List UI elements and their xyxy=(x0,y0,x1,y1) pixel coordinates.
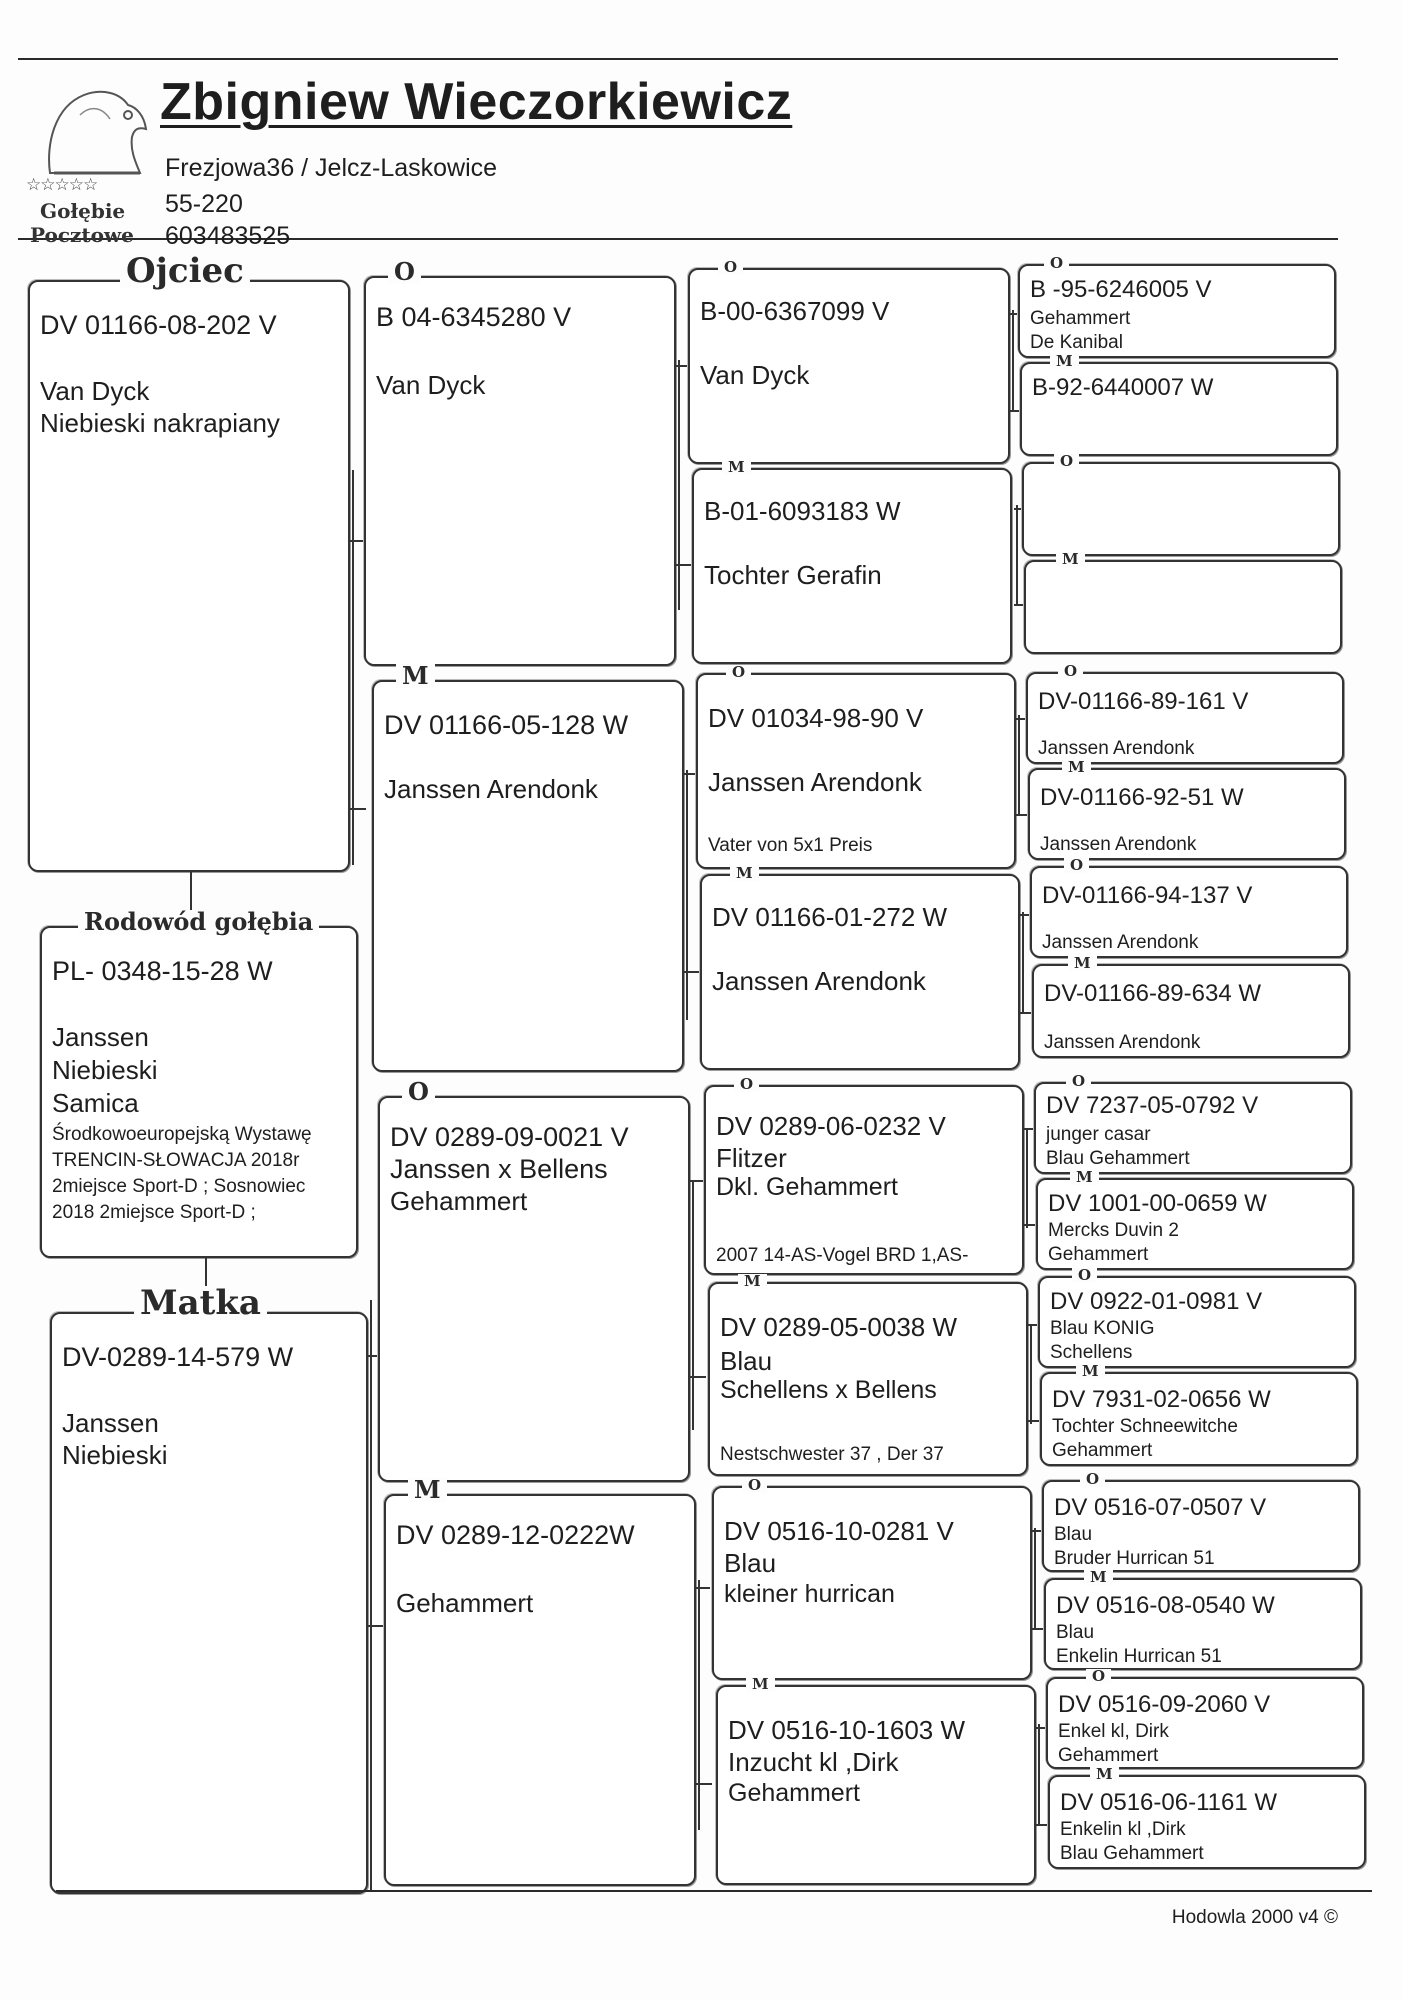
gen4-sex-label: M xyxy=(1070,1170,1099,1185)
gen3-card[interactable]: M B-01-6093183 W Tochter Gerafin xyxy=(692,468,1012,664)
gen3-card[interactable]: O DV 0516-10-0281 V Blau kleiner hurrica… xyxy=(712,1486,1032,1680)
gen4-ring-number: B-92-6440007 W xyxy=(1032,374,1213,402)
gen4-line2: Janssen Arendonk xyxy=(1038,738,1194,760)
gen3-branch-line xyxy=(1038,1724,1040,1824)
gen2-card-paternal-grandsire[interactable]: O B 04-6345280 V Van Dyck xyxy=(364,276,676,666)
gen4-card-empty[interactable]: M xyxy=(1024,560,1342,654)
gen2-sex-label: O xyxy=(388,260,421,284)
gen3-ring-number: B-01-6093183 W xyxy=(704,496,901,527)
subject-sex: Samica xyxy=(52,1088,139,1119)
owner-address: Frezjowa36 / Jelcz-Laskowice xyxy=(165,154,497,183)
gen3-line3: Vater von 5x1 Preis xyxy=(708,835,872,857)
gen2-line1: Gehammert xyxy=(396,1588,533,1619)
gen4-sex-label: O xyxy=(1072,1268,1097,1283)
gen3-line1: Van Dyck xyxy=(700,360,809,391)
gen4-sex-label: M xyxy=(1084,1570,1113,1585)
gen4-sex-label: M xyxy=(1050,354,1079,369)
father-breed: Van Dyck xyxy=(40,376,149,407)
gen3-line2: Gehammert xyxy=(728,1779,860,1808)
gen3-card[interactable]: M DV 0516-10-1603 W Inzucht kl ,Dirk Geh… xyxy=(716,1685,1036,1885)
gen4-ring-number: DV 0922-01-0981 V xyxy=(1050,1288,1262,1316)
gen4-line1: Gehammert xyxy=(1030,308,1130,330)
gen3-sex-label: O xyxy=(734,1077,759,1092)
gen3-branch-line xyxy=(1022,912,1024,1012)
gen2-branch-line xyxy=(692,1180,694,1430)
gen4-line2: Gehammert xyxy=(1058,1745,1158,1767)
gen3-branch-line xyxy=(1016,505,1018,605)
gen4-line1: junger casar xyxy=(1046,1124,1151,1146)
gen2-line1: Van Dyck xyxy=(376,370,485,401)
gen4-ring-number: B -95-6246005 V xyxy=(1030,276,1211,304)
gen3-sex-label: M xyxy=(746,1677,775,1692)
father-branch-tick xyxy=(350,808,366,810)
gen3-line1: Inzucht kl ,Dirk xyxy=(728,1747,899,1778)
gen3-line3: Nestschwester 37 , Der 37 xyxy=(720,1444,944,1466)
gen4-ring-number: DV-01166-94-137 V xyxy=(1042,882,1252,910)
gen4-card-empty[interactable]: O xyxy=(1022,462,1340,556)
gen2-card-maternal-granddam[interactable]: M DV 0289-12-0222W Gehammert xyxy=(384,1494,696,1886)
gen4-card[interactable]: M DV 0516-08-0540 W Blau Enkelin Hurrica… xyxy=(1044,1578,1362,1670)
gen4-line2: Blau Gehammert xyxy=(1060,1843,1204,1865)
gen4-ring-number: DV 1001-00-0659 W xyxy=(1048,1190,1267,1218)
subject-ring-number: PL- 0348-15-28 W xyxy=(52,956,273,987)
gen4-line2: Janssen Arendonk xyxy=(1040,834,1196,856)
gen3-line2: Schellens x Bellens xyxy=(720,1376,937,1405)
gen4-sex-label: O xyxy=(1064,858,1089,873)
gen3-line1: Blau xyxy=(724,1548,776,1579)
subject-color: Niebieski xyxy=(52,1055,158,1086)
subject-card[interactable]: Rodowód gołębia PL- 0348-15-28 W Janssen… xyxy=(40,926,358,1258)
gen4-sex-label: O xyxy=(1086,1669,1111,1684)
gen3-branch-line xyxy=(1018,715,1020,815)
gen2-branch-tick xyxy=(696,1587,710,1589)
gen4-card[interactable]: M DV 1001-00-0659 W Mercks Duvin 2 Geham… xyxy=(1036,1178,1354,1270)
gen3-branch-line xyxy=(1034,1528,1036,1628)
gen4-sex-label: M xyxy=(1068,956,1097,971)
gen3-card[interactable]: M DV 0289-05-0038 W Blau Schellens x Bel… xyxy=(708,1282,1028,1476)
footer-rule xyxy=(56,1890,1372,1892)
gen3-sex-label: M xyxy=(722,460,751,475)
mother-branch-line xyxy=(370,1300,372,1890)
gen3-card[interactable]: O DV 01034-98-90 V Janssen Arendonk Vate… xyxy=(696,673,1016,869)
gen4-sex-label: O xyxy=(1044,256,1069,271)
gen4-card[interactable]: O B -95-6246005 V Gehammert De Kanibal xyxy=(1018,264,1336,358)
gen4-sex-label: M xyxy=(1056,552,1085,567)
logo: ☆☆☆☆☆ Gołębie Pocztowe xyxy=(22,85,152,250)
gen4-line2: Gehammert xyxy=(1052,1440,1152,1462)
father-color: Niebieski nakrapiany xyxy=(40,408,280,439)
gen4-card[interactable]: M DV-01166-92-51 W Janssen Arendonk xyxy=(1028,768,1346,860)
gen4-line1: Blau xyxy=(1056,1622,1094,1644)
gen4-card[interactable]: O DV 0922-01-0981 V Blau KONIG Schellens xyxy=(1038,1276,1356,1368)
gen2-branch-line xyxy=(678,360,680,610)
pigeon-head-icon xyxy=(40,85,150,177)
gen3-branch-line xyxy=(1026,1128,1028,1228)
logo-text-line2: Pocztowe xyxy=(30,223,134,247)
gen3-line1: Janssen Arendonk xyxy=(708,767,922,798)
gen2-card-paternal-granddam[interactable]: M DV 01166-05-128 W Janssen Arendonk xyxy=(372,680,684,1072)
gen4-line2: De Kanibal xyxy=(1030,332,1123,354)
father-branch-tick xyxy=(350,540,364,542)
gen3-branch-line xyxy=(1012,310,1014,410)
gen4-card[interactable]: M DV 7931-02-0656 W Tochter Schneewitche… xyxy=(1040,1372,1358,1466)
gen3-ring-number: DV 0516-10-0281 V xyxy=(724,1516,954,1547)
gen2-branch-tick xyxy=(696,1783,712,1785)
gen4-line2: Janssen Arendonk xyxy=(1042,932,1198,954)
gen4-ring-number: DV-01166-89-161 V xyxy=(1038,688,1248,716)
gen4-card[interactable]: O DV 0516-09-2060 V Enkel kl, Dirk Geham… xyxy=(1046,1677,1364,1769)
father-branch-line xyxy=(352,470,354,865)
gen3-ring-number: DV 01166-01-272 W xyxy=(712,902,947,933)
gen2-branch-tick xyxy=(690,1376,706,1378)
gen4-line1: Enkelin kl ,Dirk xyxy=(1060,1819,1186,1841)
gen4-ring-number: DV 7931-02-0656 W xyxy=(1052,1386,1271,1414)
gen2-line1: Janssen x Bellens xyxy=(390,1154,608,1185)
gen4-sex-label: M xyxy=(1090,1767,1119,1782)
gen2-sex-label: O xyxy=(402,1080,435,1104)
gen4-card[interactable]: O DV 0516-07-0507 V Blau Bruder Hurrican… xyxy=(1042,1480,1360,1572)
gen3-ring-number: DV 01034-98-90 V xyxy=(708,703,923,734)
gen4-ring-number: DV 0516-09-2060 V xyxy=(1058,1691,1270,1719)
gen4-sex-label: O xyxy=(1058,664,1083,679)
gen4-line2: Schellens xyxy=(1050,1342,1132,1364)
gen3-line2: kleiner hurrican xyxy=(724,1580,895,1609)
gen3-card[interactable]: O DV 0289-06-0232 V Flitzer Dkl. Gehamme… xyxy=(704,1085,1024,1275)
gen3-line2: Dkl. Gehammert xyxy=(716,1173,898,1202)
gen3-line3: 2007 14-AS-Vogel BRD 1,AS- xyxy=(716,1245,968,1267)
gen3-branch-line xyxy=(1030,1324,1032,1424)
owner-name: Zbigniew Wieczorkiewicz xyxy=(160,72,792,132)
gen3-sex-label: M xyxy=(730,866,759,881)
father-title: Ojciec xyxy=(120,254,250,288)
gen3-sex-label: O xyxy=(742,1478,767,1493)
mother-branch-tick xyxy=(368,1625,384,1627)
gen2-ring-number: B 04-6345280 V xyxy=(376,302,571,333)
gen3-sex-label: O xyxy=(718,260,743,275)
gen4-line2: Enkelin Hurrican 51 xyxy=(1056,1646,1222,1668)
gen3-card[interactable]: O B-00-6367099 V Van Dyck xyxy=(688,268,1010,464)
gen2-branch-tick xyxy=(684,971,700,973)
gen4-sex-label: O xyxy=(1054,454,1079,469)
gen4-ring-number: DV 0516-06-1161 W xyxy=(1060,1789,1277,1817)
subject-breed: Janssen xyxy=(52,1022,149,1053)
gen4-line1: Mercks Duvin 2 xyxy=(1048,1220,1179,1242)
gen4-sex-label: O xyxy=(1066,1074,1091,1089)
mother-card[interactable]: Matka DV-0289-14-579 W Janssen Niebieski xyxy=(50,1312,368,1894)
logo-text-line1: Gołębie xyxy=(40,199,125,223)
gen2-branch-tick xyxy=(690,1180,704,1182)
gen4-sex-label: M xyxy=(1076,1364,1105,1379)
gen3-line1: Tochter Gerafin xyxy=(704,560,882,591)
gen2-card-maternal-grandsire[interactable]: O DV 0289-09-0021 V Janssen x Bellens Ge… xyxy=(378,1096,690,1482)
owner-phone: 603483525 xyxy=(165,222,290,251)
gen4-card[interactable]: O DV-01166-94-137 V Janssen Arendonk xyxy=(1030,866,1348,958)
gen4-line1: Enkel kl, Dirk xyxy=(1058,1721,1169,1743)
software-credit: Hodowla 2000 v4 © xyxy=(1172,1907,1338,1929)
top-rule xyxy=(18,58,1338,60)
subject-title: Rodowód gołębia xyxy=(78,910,319,934)
gen3-line1: Flitzer xyxy=(716,1143,787,1174)
gen2-line2: Gehammert xyxy=(390,1186,527,1217)
gen4-line1: Blau xyxy=(1054,1524,1092,1546)
mother-title: Matka xyxy=(134,1286,267,1320)
gen4-line2: Janssen Arendonk xyxy=(1044,1032,1200,1054)
father-card[interactable]: Ojciec DV 01166-08-202 V Van Dyck Niebie… xyxy=(28,280,350,872)
gen2-branch-line xyxy=(686,770,688,1020)
gen4-card[interactable]: M B-92-6440007 W xyxy=(1020,362,1338,456)
gen2-line1: Janssen Arendonk xyxy=(384,774,598,805)
gen3-ring-number: DV 0289-05-0038 W xyxy=(720,1312,957,1343)
owner-postal-code: 55-220 xyxy=(165,190,243,219)
gen3-line1: Blau xyxy=(720,1346,772,1377)
gen2-ring-number: DV 01166-05-128 W xyxy=(384,710,628,741)
gen3-ring-number: DV 0289-06-0232 V xyxy=(716,1111,946,1142)
gen4-sex-label: O xyxy=(1080,1472,1105,1487)
gen4-card[interactable]: M DV-01166-89-634 W Janssen Arendonk xyxy=(1032,964,1350,1058)
gen4-ring-number: DV 7237-05-0792 V xyxy=(1046,1092,1258,1120)
gen4-line1: Blau KONIG xyxy=(1050,1318,1155,1340)
father-ring-number: DV 01166-08-202 V xyxy=(40,310,277,341)
gen4-line1: Tochter Schneewitche xyxy=(1052,1416,1238,1438)
gen4-card[interactable]: O DV-01166-89-161 V Janssen Arendonk xyxy=(1026,672,1344,764)
mother-ring-number: DV-0289-14-579 W xyxy=(62,1342,293,1373)
gen3-sex-label: M xyxy=(738,1274,767,1289)
subject-achievements: Środkowoeuropejską Wystawę TRENCIN-SŁOWA… xyxy=(52,1122,350,1226)
gen4-line2: Gehammert xyxy=(1048,1244,1148,1266)
gen2-branch-line xyxy=(698,1580,700,1830)
gen4-ring-number: DV 0516-07-0507 V xyxy=(1054,1494,1266,1522)
gen4-line2: Bruder Hurrican 51 xyxy=(1054,1548,1215,1570)
mother-color: Niebieski xyxy=(62,1440,168,1471)
gen3-ring-number: DV 0516-10-1603 W xyxy=(728,1715,965,1746)
gen2-branch-tick xyxy=(676,564,692,566)
gen4-ring-number: DV-01166-89-634 W xyxy=(1044,980,1261,1008)
gen3-sex-label: O xyxy=(726,665,751,680)
gen4-ring-number: DV 0516-08-0540 W xyxy=(1056,1592,1275,1620)
gen4-sex-label: M xyxy=(1062,760,1091,775)
stars-icon: ☆☆☆☆☆ xyxy=(26,175,97,195)
gen2-sex-label: M xyxy=(396,664,435,688)
gen4-line2: Blau Gehammert xyxy=(1046,1148,1190,1170)
gen3-ring-number: B-00-6367099 V xyxy=(700,296,889,327)
gen2-ring-number: DV 0289-09-0021 V xyxy=(390,1122,629,1153)
gen3-card[interactable]: M DV 01166-01-272 W Janssen Arendonk xyxy=(700,874,1020,1070)
gen4-ring-number: DV-01166-92-51 W xyxy=(1040,784,1244,812)
gen2-sex-label: M xyxy=(408,1478,447,1502)
gen3-line1: Janssen Arendonk xyxy=(712,966,926,997)
mother-breed: Janssen xyxy=(62,1408,159,1439)
gen2-ring-number: DV 0289-12-0222W xyxy=(396,1520,635,1551)
gen4-card[interactable]: O DV 7237-05-0792 V junger casar Blau Ge… xyxy=(1034,1082,1352,1174)
gen4-card[interactable]: M DV 0516-06-1161 W Enkelin kl ,Dirk Bla… xyxy=(1048,1775,1366,1869)
